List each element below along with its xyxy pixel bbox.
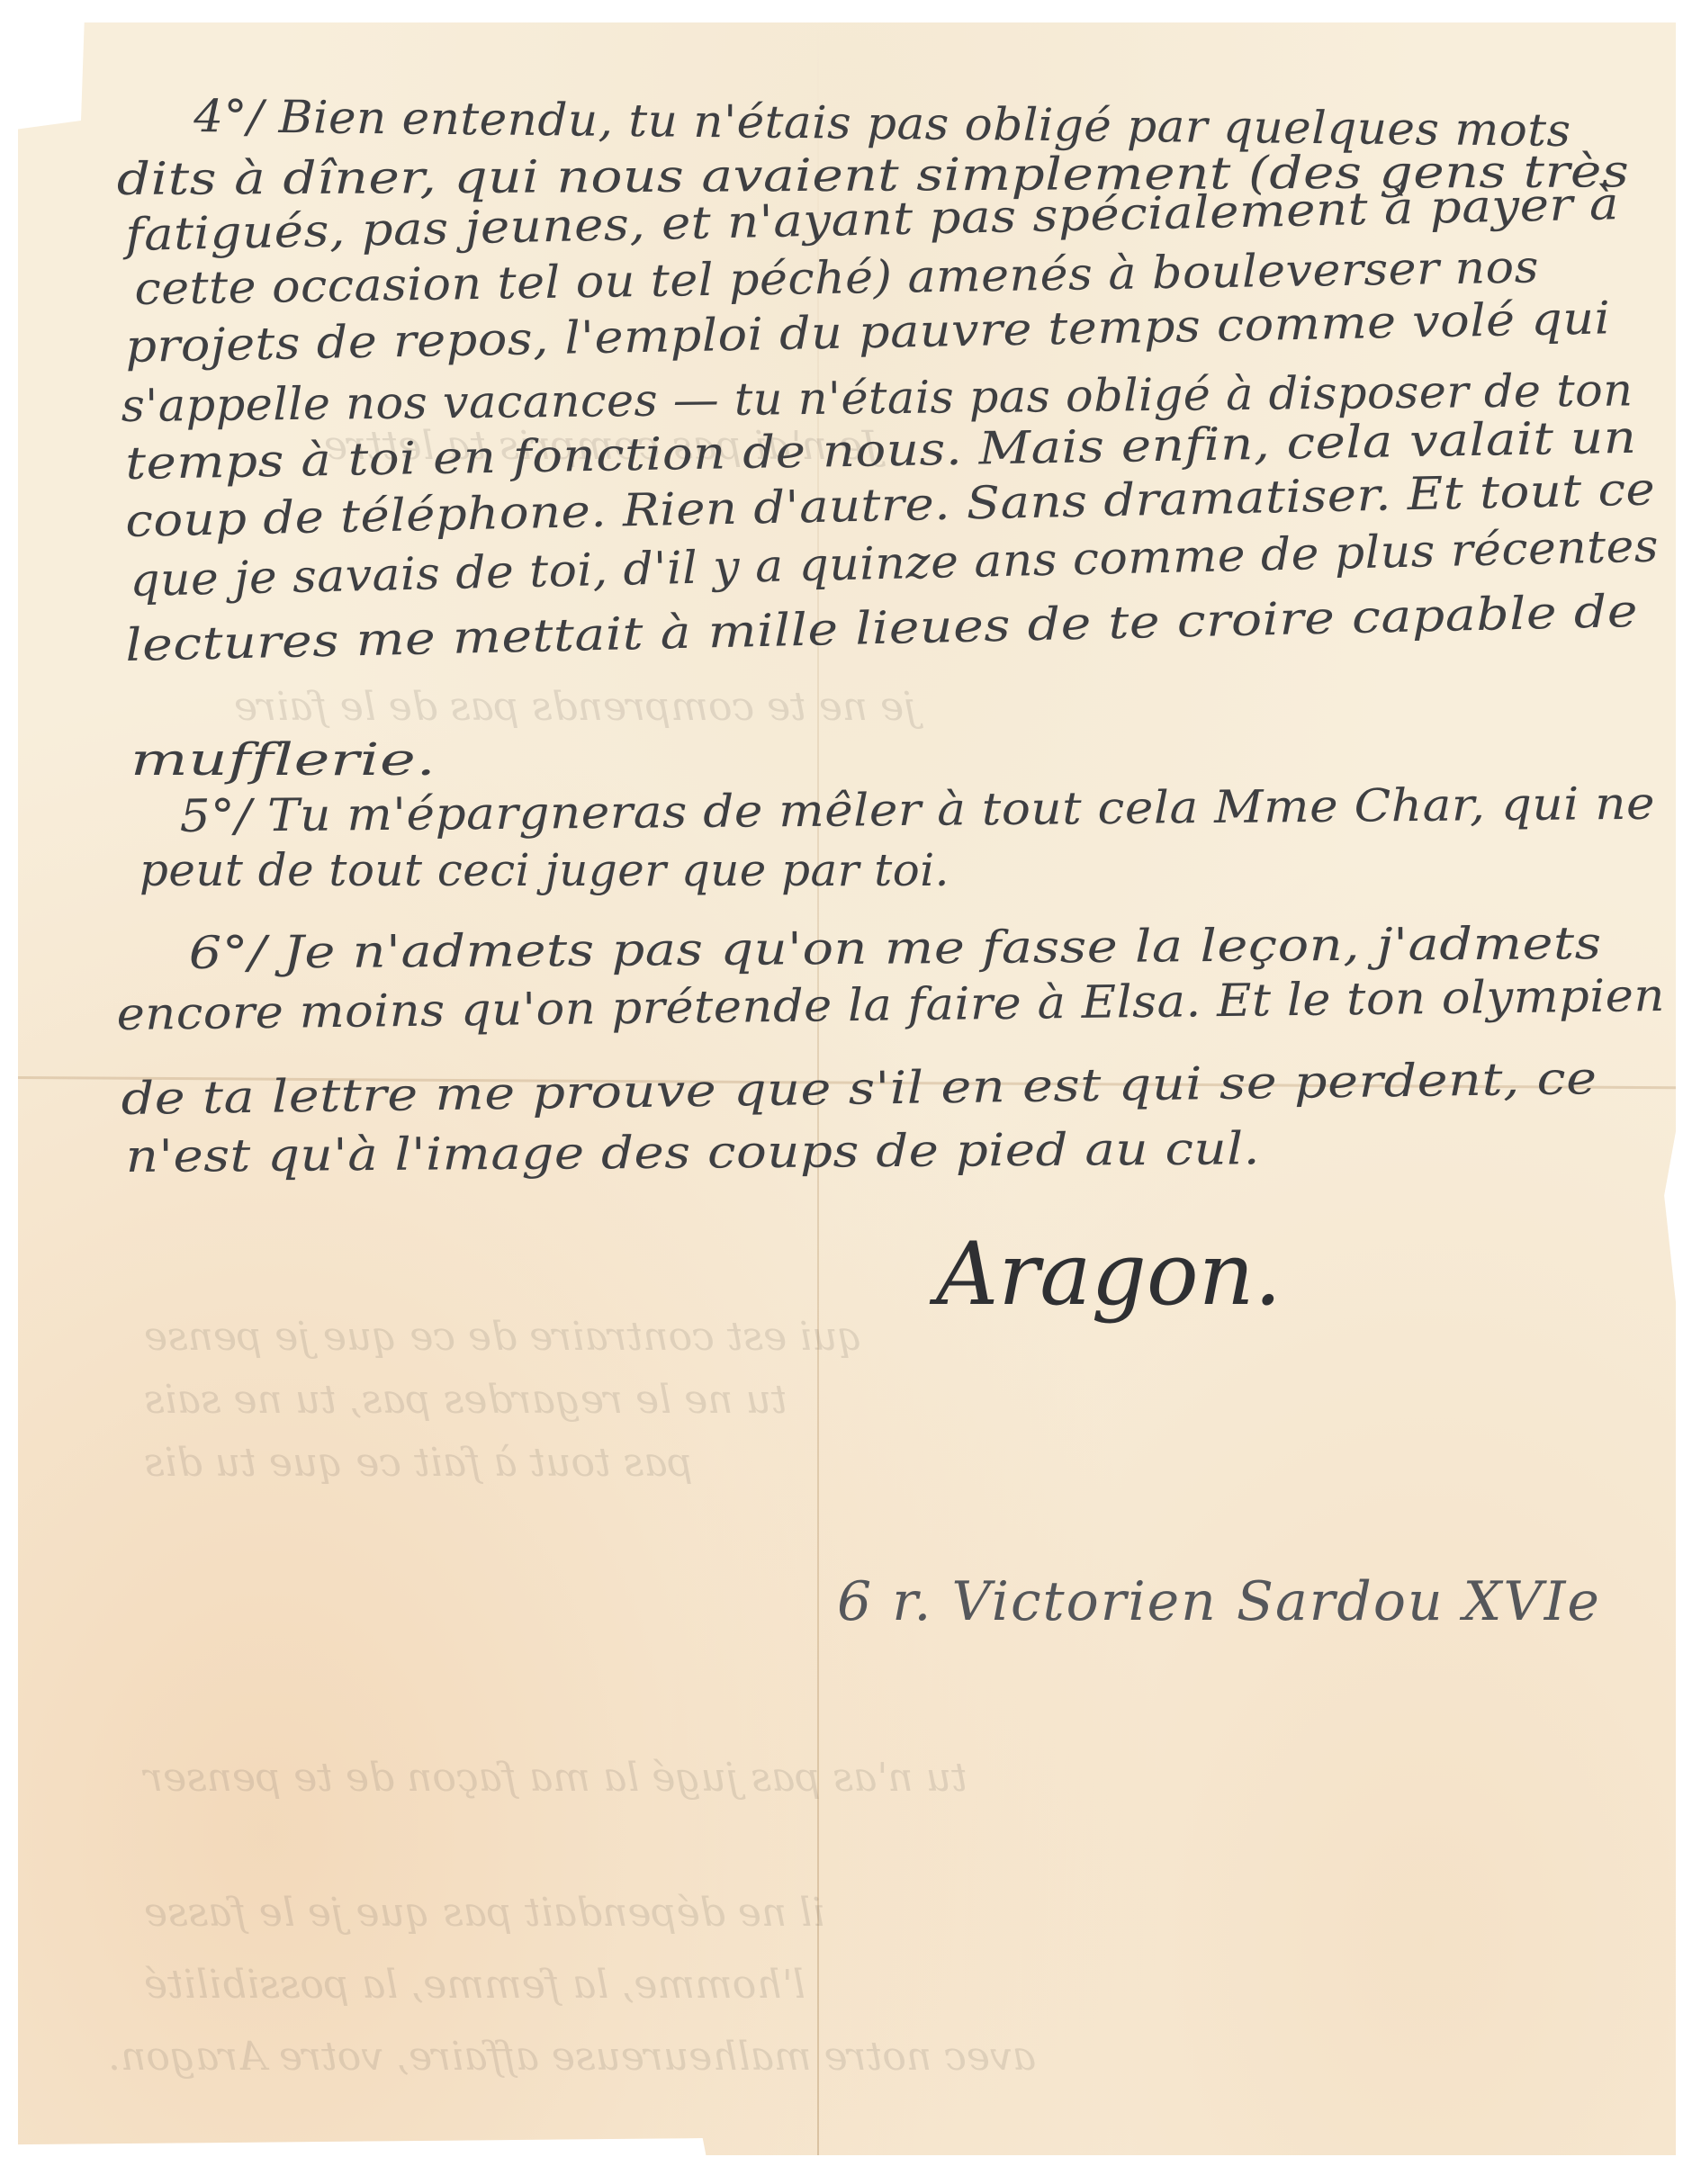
bleed-through-text: tu n'as pas jugé la ma façon de te pense… — [144, 1755, 967, 1801]
bleed-through-text: tu ne le regardes pas, tu ne sais — [144, 1377, 787, 1423]
bleed-through-text: avec notre malheureuse affaire, votre Ar… — [108, 2034, 1036, 2080]
sender-address: 6 r. Victorien Sardou XVIe — [837, 1570, 1601, 1633]
letter-line-17: n'est qu'à l'image des coups de pied au … — [126, 1122, 1261, 1182]
bleed-through-text: il ne dépendait pas que je le fasse — [144, 1890, 824, 1936]
signature: Aragon. — [936, 1224, 1282, 1325]
bleed-through-text: pas tout à fait ce que tu dis — [144, 1440, 693, 1486]
letter-line-11: mufflerie. — [130, 733, 436, 786]
bleed-through-text: l'homme, la femme, la possibilité — [144, 1962, 805, 2008]
bleed-through-text: qui est contraire de ce que je pense — [144, 1314, 863, 1360]
bleed-through-text: je ne te comprends pas de le faire — [234, 684, 916, 730]
letter-line-14: 6°/ Je n'admets pas qu'on me fasse la le… — [189, 917, 1602, 979]
letter-line-13: peut de tout ceci juger que par toi. — [139, 844, 949, 896]
